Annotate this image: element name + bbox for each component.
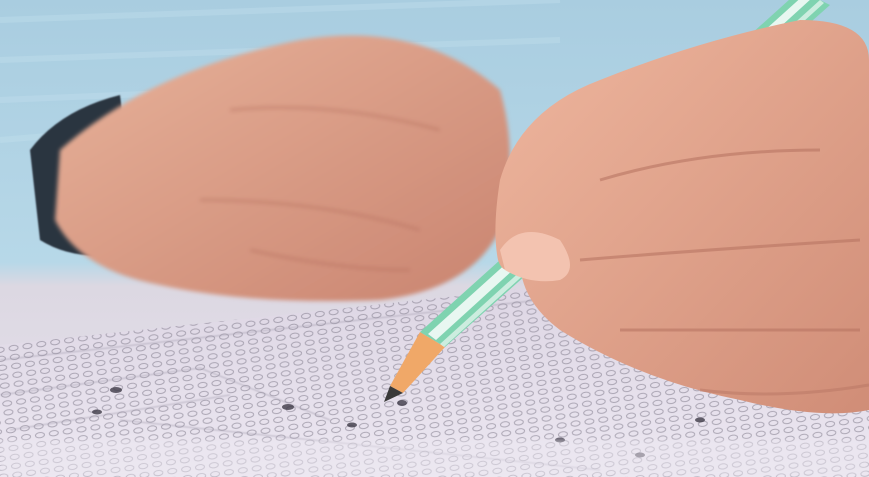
photo-scene [0,0,869,477]
photo [0,0,869,477]
